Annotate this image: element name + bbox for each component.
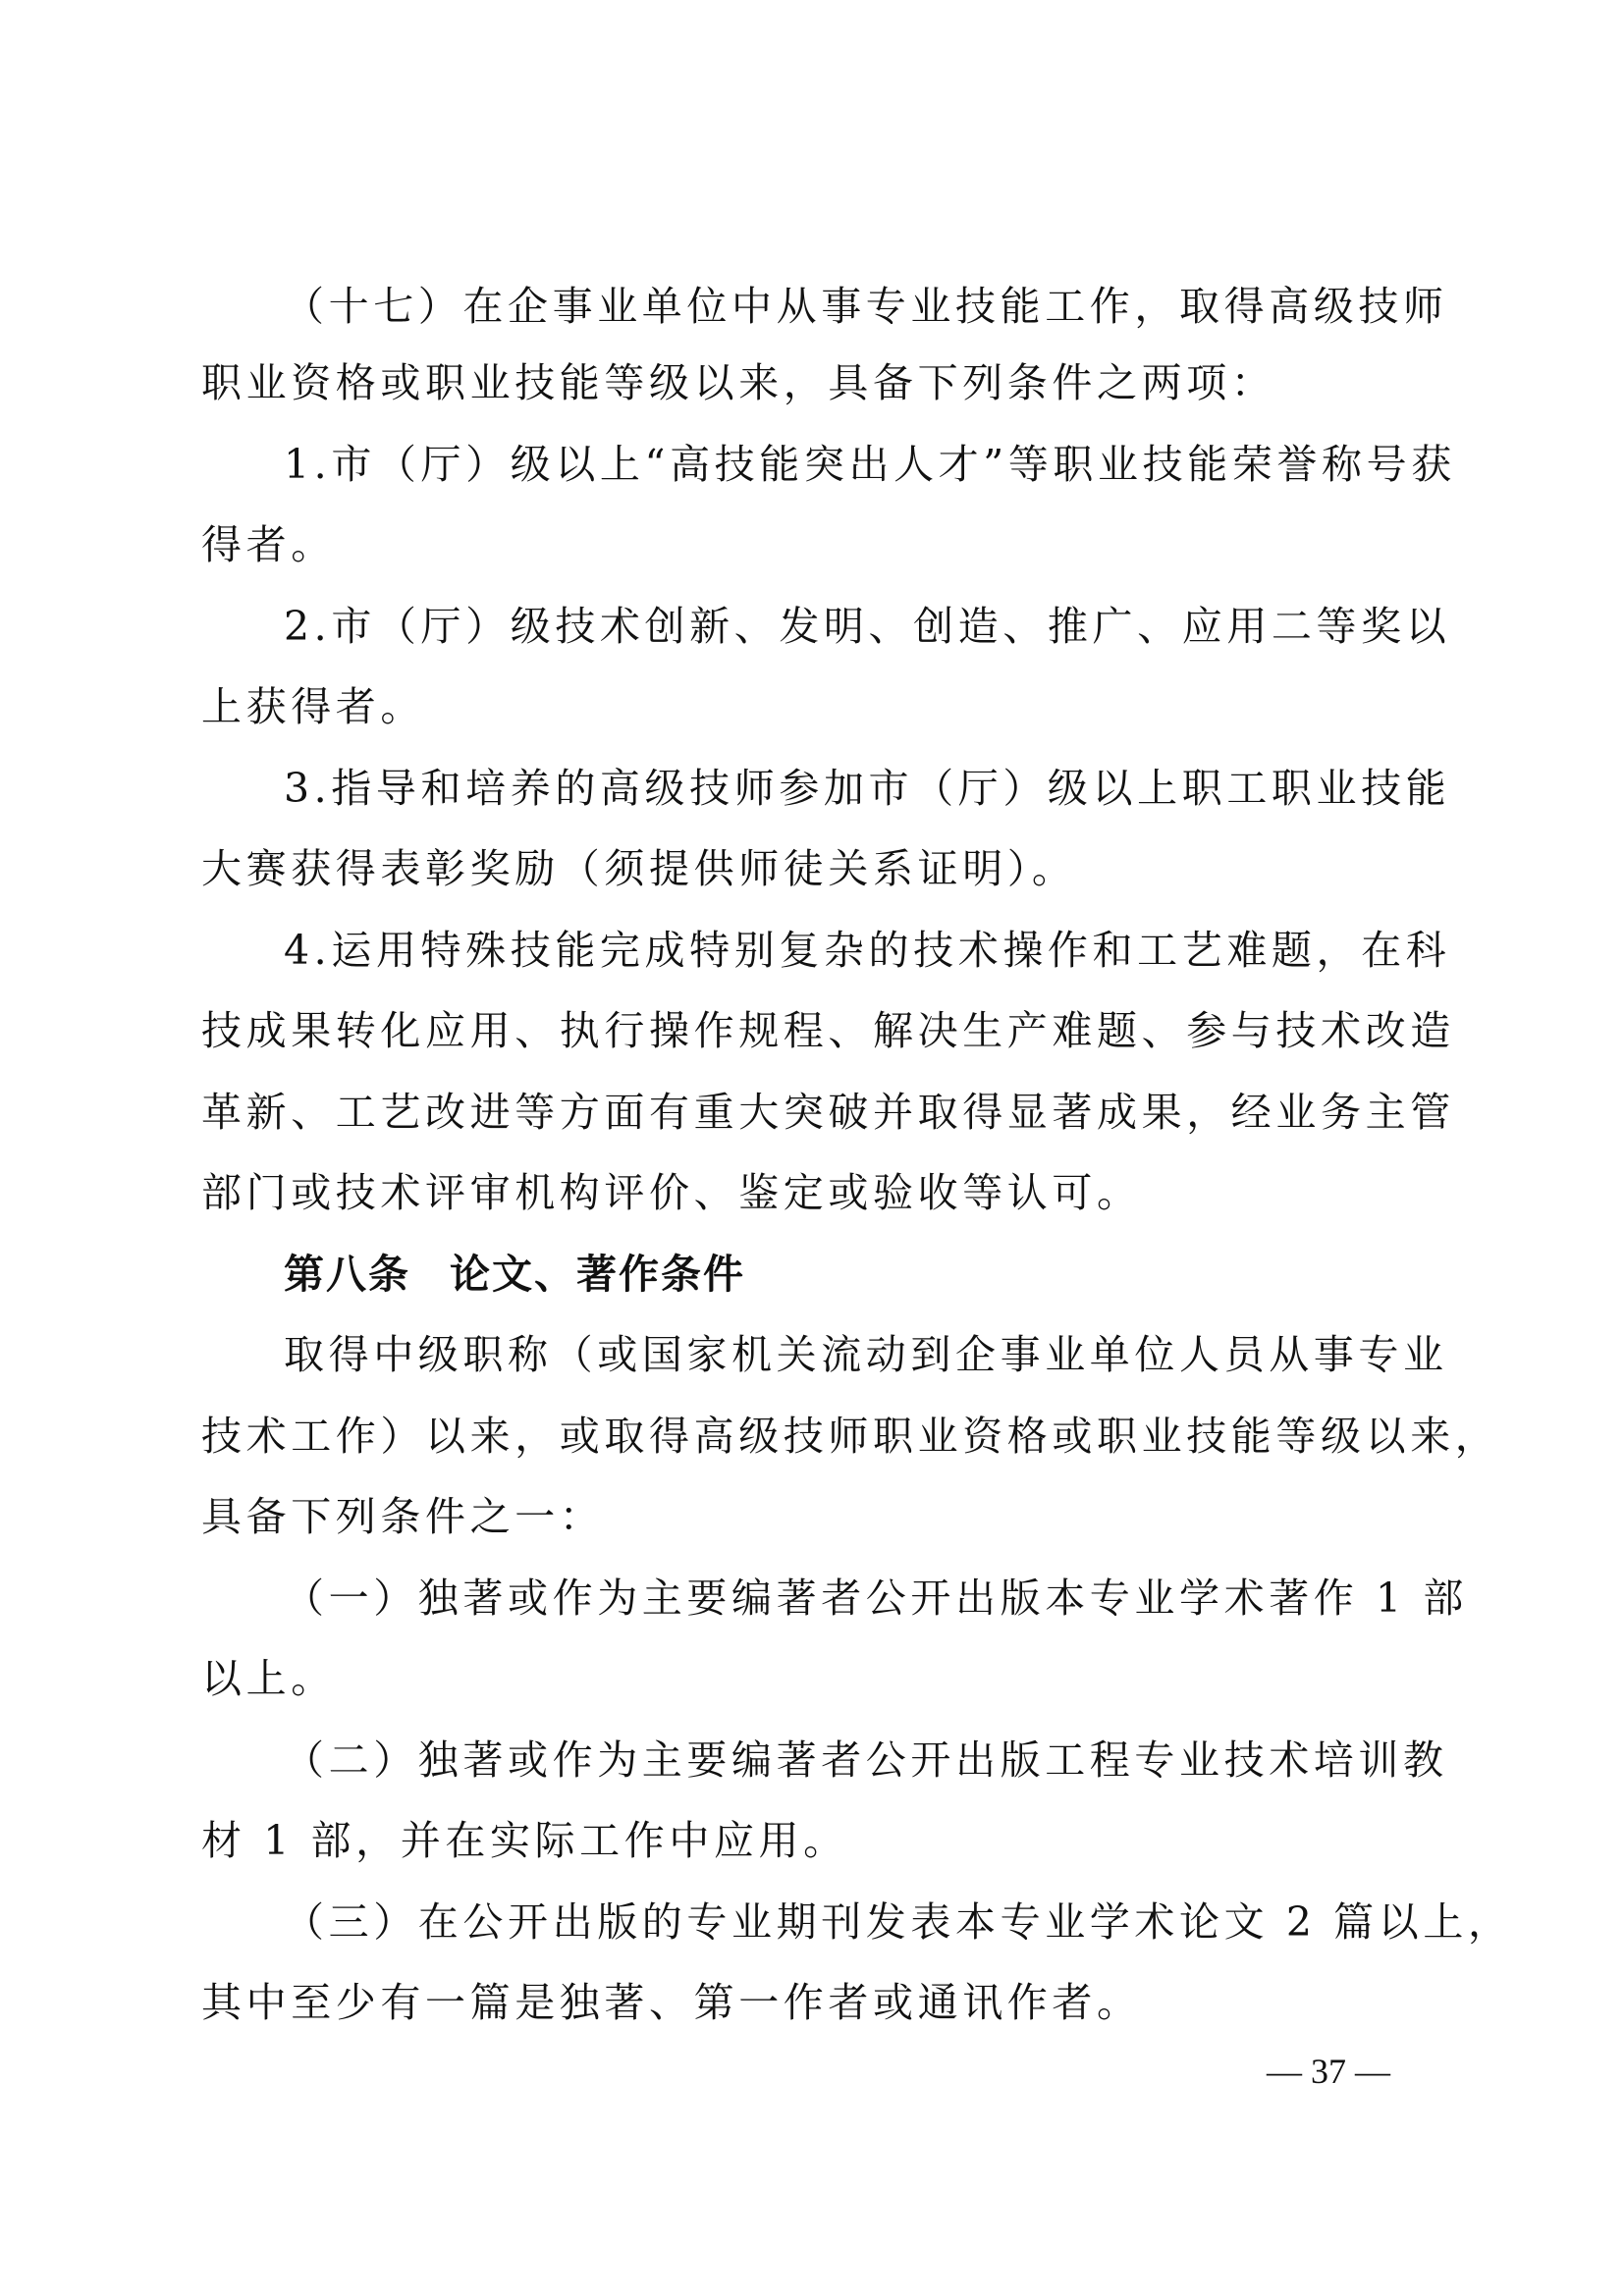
paragraph-line: 技术工作）以来，或取得高级技师职业资格或职业技能等级以来， <box>201 1407 1429 1466</box>
list-item-line: （二）独著或作为主要编著者公开出版工程专业技术培训教 <box>284 1731 1429 1789</box>
list-item-line: 革新、工艺改进等方面有重大突破并取得显著成果，经业务主管 <box>201 1083 1429 1142</box>
article-heading: 第八条论文、著作条件 <box>284 1245 1429 1304</box>
list-item-line: （三）在公开出版的专业期刊发表本专业学术论文 2 篇以上， <box>284 1893 1429 1951</box>
list-item-line: 4.运用特殊技能完成特别复杂的技术操作和工艺难题，在科 <box>284 921 1429 980</box>
article-title: 论文、著作条件 <box>450 1251 745 1298</box>
list-item-line: （一）独著或作为主要编著者公开出版本专业学术著作 1 部 <box>284 1569 1429 1628</box>
list-item-line: 大赛获得表彰奖励（须提供师徒关系证明）。 <box>201 839 1429 898</box>
list-item-line: 材 1 部，并在实际工作中应用。 <box>201 1811 1429 1870</box>
page-number: — 37 — <box>1267 2042 1390 2101</box>
article-number: 第八条 <box>284 1251 410 1298</box>
list-item-line: 部门或技术评审机构评价、鉴定或验收等认可。 <box>201 1163 1429 1222</box>
paragraph-line: （十七）在企事业单位中从事专业技能工作，取得高级技师 <box>284 277 1429 336</box>
list-item-line: 3.指导和培养的高级技师参加市（厅）级以上职工职业技能 <box>284 759 1429 818</box>
list-item-line: 其中至少有一篇是独著、第一作者或通讯作者。 <box>201 1973 1429 2032</box>
paragraph-line: 取得中级职称（或国家机关流动到企事业单位人员从事专业 <box>284 1325 1429 1384</box>
document-page: （十七）在企事业单位中从事专业技能工作，取得高级技师 职业资格或职业技能等级以来… <box>0 0 1624 2296</box>
list-item-line: 技成果转化应用、执行操作规程、解决生产难题、参与技术改造 <box>201 1001 1429 1060</box>
list-item-line: 上获得者。 <box>201 677 1429 736</box>
paragraph-line: 具备下列条件之一： <box>201 1487 1429 1546</box>
list-item-line: 得者。 <box>201 515 1429 574</box>
list-item-line: 1.市（厅）级以上“高技能突出人才”等职业技能荣誉称号获 <box>284 435 1429 494</box>
paragraph-line: 职业资格或职业技能等级以来，具备下列条件之两项： <box>201 353 1429 412</box>
list-item-line: 以上。 <box>201 1649 1429 1708</box>
list-item-line: 2.市（厅）级技术创新、发明、创造、推广、应用二等奖以 <box>284 597 1429 656</box>
